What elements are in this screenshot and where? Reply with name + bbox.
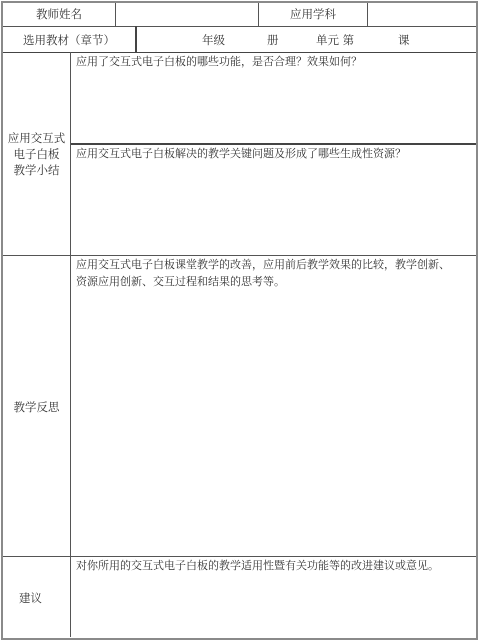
grade-label: 年级 (202, 33, 225, 47)
summary-label-line3: 教学小结 (3, 162, 70, 178)
subject-field[interactable] (368, 3, 476, 26)
summary-key-problems-field[interactable]: 应用交互式电子白板解决的教学关键问题及形成了哪些生成性资源？ (71, 145, 476, 255)
suggestion-prompt: 对你所用的交互式电子白板的教学适用性暨有关功能等的改进建议或意见。 (76, 557, 439, 574)
unit-label: 单元 第 (316, 33, 354, 47)
textbook-label: 选用教材（章节） (3, 33, 135, 47)
suggestion-label: 建议 (3, 591, 58, 605)
teacher-name-label: 教师姓名 (3, 7, 115, 21)
summary-functions-field[interactable]: 应用了交互式电子白板的哪些功能，是否合理？效果如何？ (71, 53, 476, 143)
summary-section-label: 应用交互式 电子白板 教学小结 (3, 130, 70, 178)
lesson-label: 课 (398, 33, 410, 47)
summary-functions-prompt: 应用了交互式电子白板的哪些功能，是否合理？效果如何？ (76, 53, 362, 70)
reflection-prompt-line2: 资源应用创新、交互过程和结果的思考等。 (76, 273, 285, 290)
summary-label-line1: 应用交互式 (3, 130, 70, 146)
volume-label: 册 (267, 33, 279, 47)
teacher-name-field[interactable] (116, 3, 258, 26)
reflection-field[interactable]: 应用交互式电子白板课堂教学的改善，应用前后教学效果的比较，教学创新、 资源应用创… (71, 256, 476, 556)
textbook-field[interactable] (137, 27, 476, 52)
subject-label: 应用学科 (259, 7, 367, 21)
reflection-label: 教学反思 (3, 400, 70, 414)
summary-label-line2: 电子白板 (3, 146, 70, 162)
reflection-prompt-line1: 应用交互式电子白板课堂教学的改善，应用前后教学效果的比较，教学创新、 (76, 256, 450, 273)
suggestion-field[interactable]: 对你所用的交互式电子白板的教学适用性暨有关功能等的改进建议或意见。 (71, 557, 476, 637)
summary-key-problems-prompt: 应用交互式电子白板解决的教学关键问题及形成了哪些生成性资源？ (76, 145, 406, 162)
